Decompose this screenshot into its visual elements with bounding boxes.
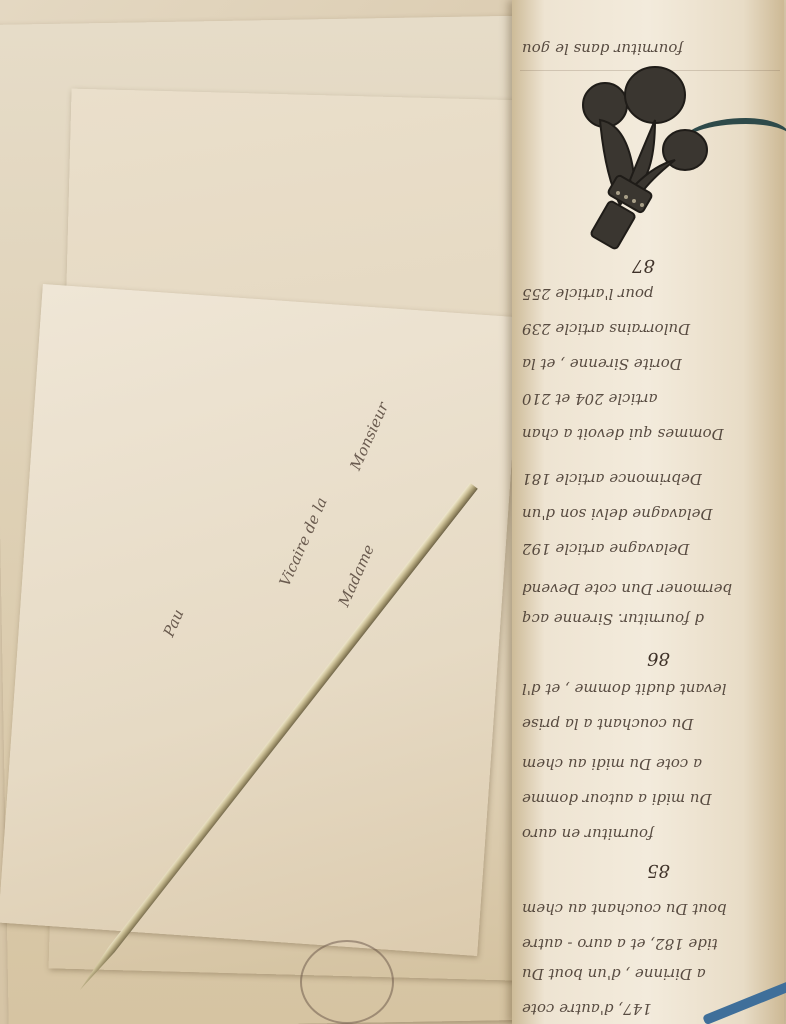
scroll-line-text: a Dirinne , d'un bout Du	[522, 965, 706, 983]
scroll-line-text: Delavagne delvi son d'un	[522, 505, 713, 523]
folio-number: 87	[632, 255, 655, 276]
scroll-line-text: bermoner Dun cote Devend	[522, 580, 732, 598]
scroll-line-text: Du midi a autour domme	[522, 790, 712, 808]
seal-stamp	[300, 940, 394, 1024]
scroll-line-text: bout Du couchant au chem	[522, 900, 727, 918]
folio-number: 85	[647, 860, 670, 881]
envelope-address-line: Pau	[160, 607, 188, 640]
scroll-line-text: d fournitur. Sirenne acq	[522, 610, 704, 628]
scroll-line-text: 147, d'autre cote	[522, 1000, 652, 1018]
manuscript-photo: Monsieur Vicaire de la Madame Pau fourni…	[0, 0, 786, 1024]
scroll-line-text: a cote Du midi au chem	[522, 755, 702, 773]
scroll-line-text: levant dudit domme , et d'l	[522, 680, 726, 698]
scroll-line-text: Dorite Sirenne , et la	[522, 355, 682, 373]
scroll-line-text: Dulorrains article 239	[522, 320, 690, 338]
scroll-line-text: fournitur en auro	[522, 825, 654, 843]
scroll-line-text: pour l'article 255	[522, 285, 654, 303]
fleur-de-lis-pin-head-icon	[560, 65, 710, 255]
envelope-address-line: Madame	[335, 542, 378, 610]
scroll-line-text: tide 182, et a auro - autre	[522, 935, 718, 953]
folded-letter-envelope: Monsieur Vicaire de la Madame Pau	[0, 284, 522, 956]
scroll-line-text: Delavagne article 192	[522, 540, 689, 558]
scroll-line-text: Debrimonce article 181	[522, 470, 702, 488]
folio-number: 86	[647, 648, 670, 669]
scroll-line-text: fournitur dans le gou	[522, 40, 683, 58]
scroll-line-text: Du couchant a la prise	[522, 715, 693, 733]
scroll-line-text: Dommes qui devoit a chan	[522, 425, 724, 443]
scroll-line-text: article 204 et 210	[522, 390, 657, 408]
envelope-address-line: Vicaire de la	[276, 495, 331, 589]
envelope-address-line: Monsieur	[346, 400, 392, 473]
